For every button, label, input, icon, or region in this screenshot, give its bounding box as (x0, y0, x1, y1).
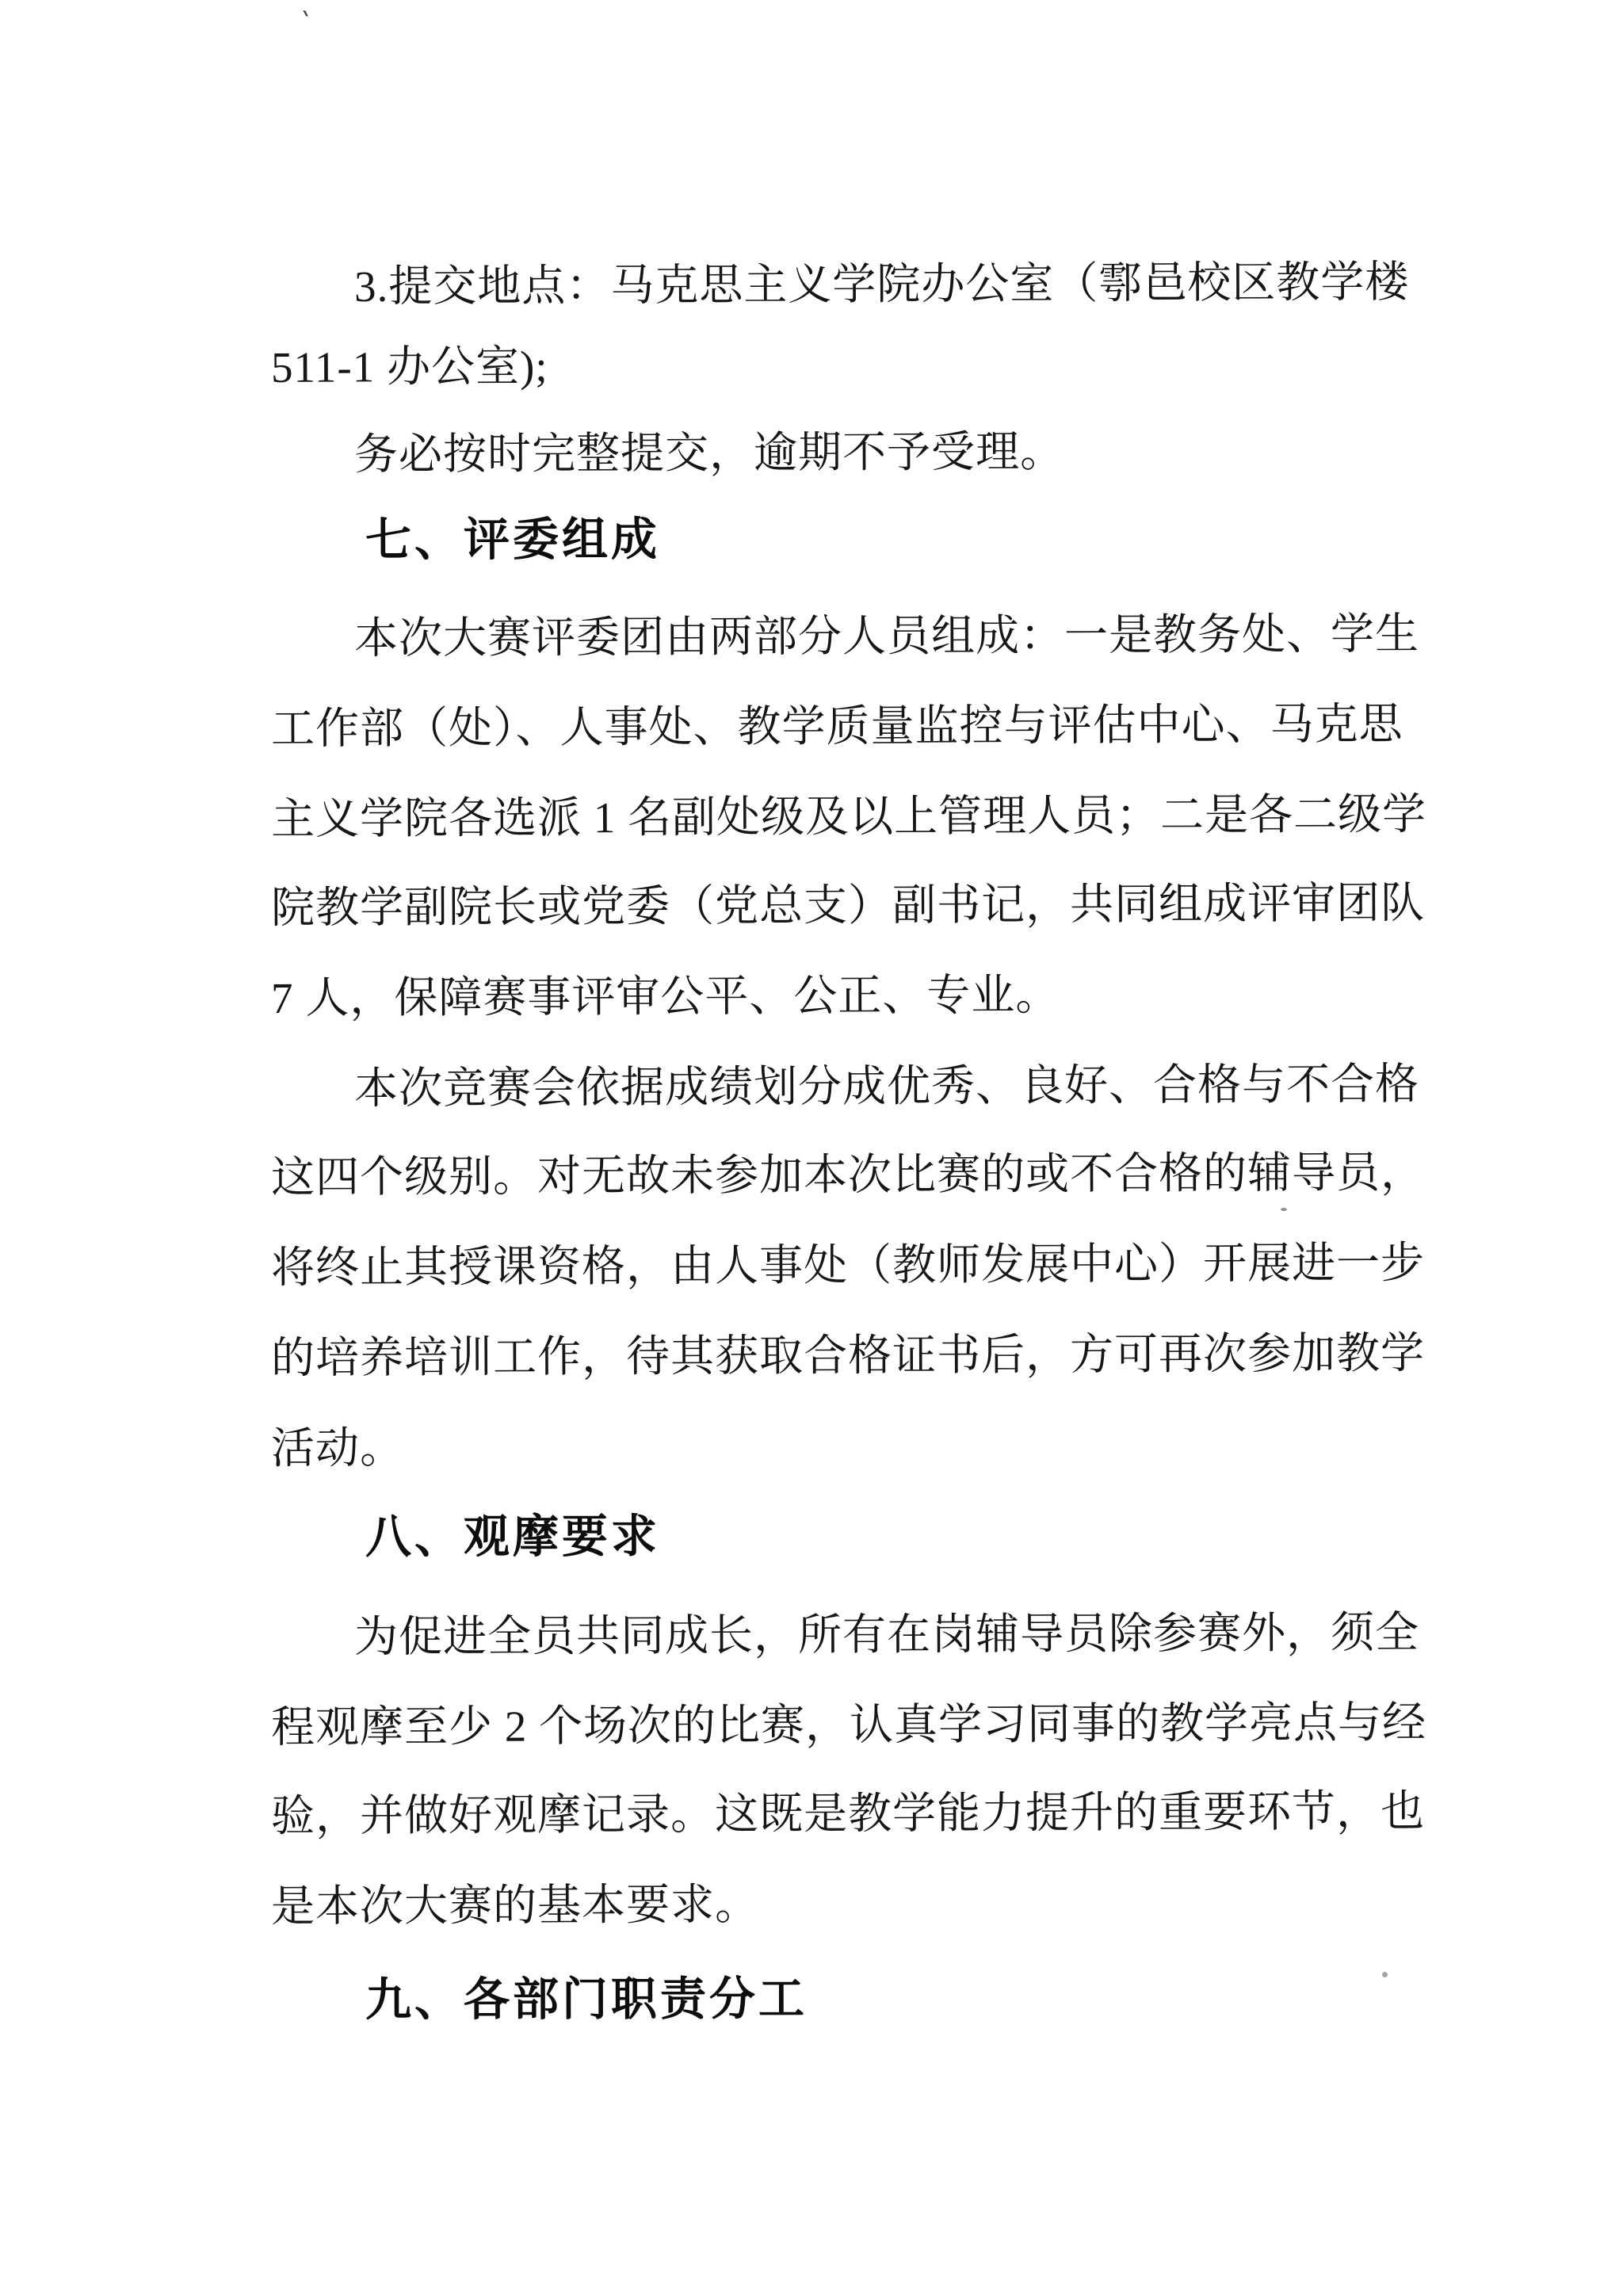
doc-line: 本次竞赛会依据成绩划分成优秀、良好、合格与不合格 (354, 1057, 1419, 1116)
scan-speck-artifact (1382, 1972, 1388, 1977)
doc-line: 工作部（处）、人事处、教学质量监控与评估中心、马克思 (271, 697, 1403, 756)
document-page: ` 3.提交地点：马克思主义学院办公室（鄠邑校区教学楼 511-1 办公室); … (0, 0, 1623, 2296)
section-heading-8: 八、观摩要求 (365, 1510, 660, 1564)
doc-line: 主义学院各选派 1 名副处级及以上管理人员；二是各二级学 (271, 788, 1426, 846)
doc-line: 院教学副院长或党委（党总支）副书记，共同组成评审团队 (271, 877, 1425, 935)
section-heading-7: 七、评委组成 (365, 513, 660, 567)
doc-line: 务必按时完整提交，逾期不予受理。 (354, 425, 1064, 482)
doc-line: 程观摩至少 2 个场次的比赛，认真学习同事的教学亮点与经 (271, 1696, 1426, 1755)
doc-line: 将终止其授课资格，由人事处（教师发展中心）开展进一步 (271, 1236, 1425, 1295)
doc-line: 是本次大赛的基本要求。 (271, 1878, 759, 1934)
scan-tick-artifact: ` (295, 7, 315, 41)
doc-line: 3.提交地点：马克思主义学院办公室（鄠邑校区教学楼 (354, 255, 1410, 314)
doc-line: 活动。 (271, 1421, 404, 1476)
doc-line: 7 人，保障赛事评审公平、公正、专业。 (271, 968, 1060, 1026)
doc-line: 验，并做好观摩记录。这既是教学能力提升的重要环节，也 (271, 1785, 1425, 1843)
scan-speck-artifact (1281, 1208, 1287, 1211)
doc-line: 为促进全员共同成长，所有在岗辅导员除参赛外，须全 (354, 1606, 1419, 1664)
doc-line: 511-1 办公室); (271, 339, 548, 395)
doc-line: 这四个级别。对无故未参加本次比赛的或不合格的辅导员， (271, 1146, 1425, 1205)
doc-line: 本次大赛评委团由两部分人员组成：一是教务处、学生 (354, 607, 1419, 666)
section-heading-9: 九、各部门职责分工 (365, 1973, 808, 2027)
doc-line: 的培养培训工作，待其获取合格证书后，方可再次参加教学 (271, 1327, 1425, 1385)
